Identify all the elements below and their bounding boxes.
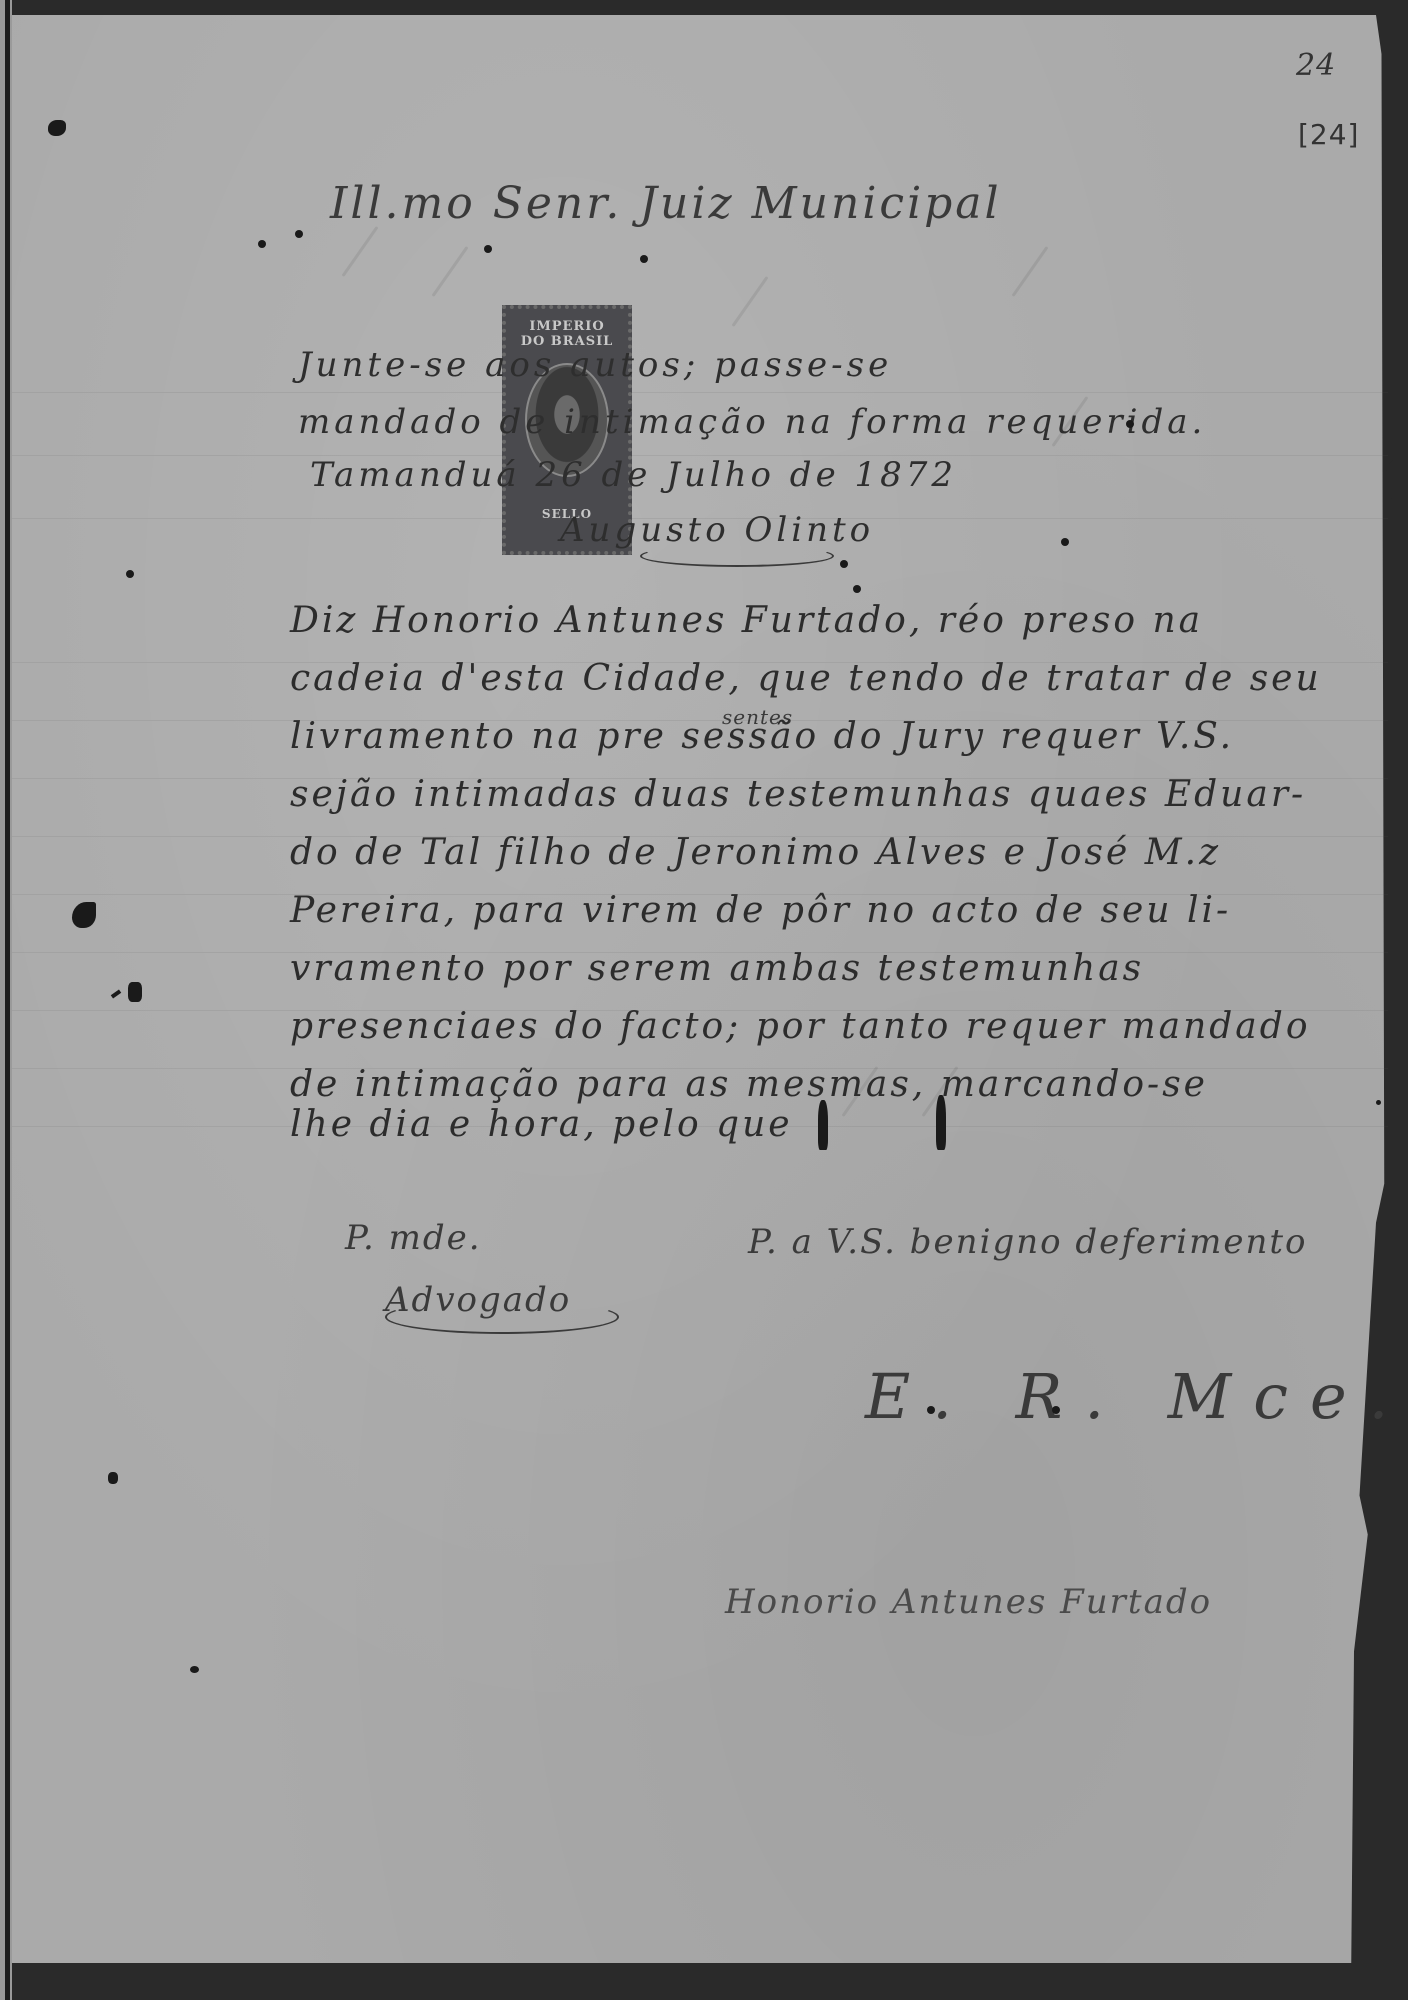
- ink-dot: [840, 560, 848, 568]
- body-line-9: de intimação para as mesmas, marcando-se: [290, 1064, 1208, 1105]
- body-line-1: Diz Honorio Antunes Furtado, réo preso n…: [290, 600, 1203, 641]
- ink-dot: [295, 230, 303, 238]
- ink-dot: [853, 585, 861, 593]
- petitioner-signature: Honorio Antunes Furtado: [725, 1582, 1212, 1622]
- body-line-8: presenciaes do facto; por tanto requer m…: [290, 1006, 1311, 1047]
- ink-dot: [190, 1666, 199, 1673]
- ink-dot: [126, 570, 134, 578]
- despacho-signature: Augusto Olinto: [560, 510, 874, 550]
- despacho-date: Tamanduá 26 de Julho de 1872: [310, 455, 957, 495]
- ink-mark: [936, 1095, 946, 1150]
- body-line-6: Pereira, para virem de pôr no acto de se…: [290, 890, 1231, 931]
- despacho-line-1: Junte-se aos autos; passe-se: [298, 345, 892, 385]
- salutation-heading: Ill.mo Senr. Juiz Municipal: [330, 178, 1002, 229]
- ink-dot: [258, 240, 266, 248]
- despacho-line-2: mandado de intimação na forma requerida.: [298, 402, 1206, 442]
- signature-flourish: [640, 545, 834, 567]
- ink-dot: [927, 1406, 935, 1414]
- advocate-flourish: [385, 1300, 619, 1334]
- closing-formula: P. a V.S. benigno deferimento: [748, 1222, 1308, 1262]
- ink-dot: [484, 245, 492, 253]
- ink-dot: [1061, 538, 1069, 546]
- body-line-10: lhe dia e hora, pelo que: [290, 1104, 793, 1145]
- body-line-2: cadeia d'esta Cidade, que tendo de trata…: [290, 658, 1322, 699]
- archive-page-number: [24]: [1298, 118, 1359, 151]
- closing-initials: E. R. Mce.: [865, 1360, 1408, 1433]
- body-line-3: livramento na pre sessão do Jury requer …: [290, 716, 1234, 757]
- ruled-line: [12, 392, 1388, 393]
- page-edge-tear: [1386, 460, 1408, 500]
- body-line-7: vramento por serem ambas testemunhas: [290, 948, 1144, 989]
- ink-blot: [72, 902, 96, 928]
- body-line-5: do de Tal filho de Jeronimo Alves e José…: [290, 832, 1221, 873]
- stamp-text-line: IMPERIO: [506, 319, 628, 334]
- ink-dot: [1126, 420, 1134, 428]
- body-line-4: sejão intimadas duas testemunhas quaes E…: [290, 774, 1306, 815]
- ink-blot: [128, 982, 142, 1002]
- folio-number: 24: [1296, 48, 1336, 83]
- closing-left-line-1: P. mde.: [345, 1218, 482, 1258]
- ink-blot: [48, 120, 66, 136]
- ink-dot: [1052, 1406, 1060, 1414]
- ink-dot: [640, 255, 648, 263]
- ink-blot: [108, 1472, 118, 1484]
- document-page: [12, 15, 1387, 1963]
- ink-dot: [1376, 1100, 1381, 1105]
- ink-mark: [818, 1100, 828, 1150]
- scan-left-edge-line: [5, 0, 10, 2000]
